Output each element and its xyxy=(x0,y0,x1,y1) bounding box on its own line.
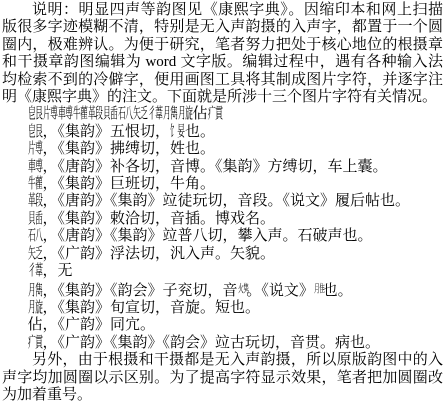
picture-character: 疒貫 xyxy=(28,335,43,352)
entry-list: 皀艮，《集韵》五恨切，饣妟也。片尃，《集韵》拂缚切，姓也。車尃，《唐韵》补各切，… xyxy=(2,124,443,352)
picture-character: 月旋 xyxy=(28,300,43,317)
document-page: 说明：明显四声等韵图见《康熙字典》。因缩印本和网上扫描版很多字迹模糊不清，特别是… xyxy=(0,0,445,404)
entry-line: 貝臿，《集韵》敕洽切，音插。博戏名。 xyxy=(2,211,443,228)
picture-character: 月雋 xyxy=(163,106,178,123)
picture-character: 牛雚 xyxy=(73,106,88,123)
entry-text: ，《集韵》敕洽切，音插。博戏名。 xyxy=(43,211,276,227)
picture-character: 月雋 xyxy=(28,283,43,300)
entry-text: ，《集韵》五恨切， xyxy=(43,124,171,140)
picture-character: 貝臿 xyxy=(28,211,43,228)
entry-text: 。《说文》 xyxy=(246,283,314,299)
entry-text: ，《集韵》旬宣切，音旋。短也。 xyxy=(43,300,261,316)
picture-character: 彳葦 xyxy=(28,263,43,280)
entry-line: 石八，《唐韵》《集韵》竝普八切，攀入声。石破声也。 xyxy=(2,228,443,245)
entry-line: 皀艮，《集韵》五恨切，饣妟也。 xyxy=(2,124,443,141)
picture-character: 月隹 xyxy=(314,281,323,298)
entry-text: ，《集韵》巨班切，牛角。 xyxy=(43,176,216,192)
picture-character: 片尃 xyxy=(28,141,43,158)
picture-character: 饣妟 xyxy=(170,124,185,141)
picture-character: 牛雚 xyxy=(28,176,43,193)
entry-text: 也。 xyxy=(323,283,353,299)
picture-character: 車尃 xyxy=(58,106,73,123)
entry-line: 牛雚，《集韵》巨班切，牛角。 xyxy=(2,176,443,193)
entry-text: ，无 xyxy=(43,263,73,279)
entry-line: 車尃，《唐韵》补各切，音博。《集韵》方缚切，车上囊。 xyxy=(2,159,443,176)
entry-text: ，《唐韵》补各切，音博。《集韵》方缚切，车上囊。 xyxy=(43,159,388,175)
entry-line: 月雋，《集韵》《韵会》子兖切，音火隽。《说文》月隹也。 xyxy=(2,281,443,300)
entry-line: 矢乏，《广韵》浮法切，汎入声。矢貌。 xyxy=(2,246,443,263)
intro-paragraph: 说明：明显四声等韵图见《康熙字典》。因缩印本和网上扫描版很多字迹模糊不清，特别是… xyxy=(2,2,443,106)
entry-text: ，《唐韵》《集韵》竝徒玩切，音段。《说文》履后帖也。 xyxy=(43,193,411,209)
entry-text: ，《唐韵》《集韵》竝普八切，攀入声。石破声也。 xyxy=(43,228,373,244)
picture-character: 月旋 xyxy=(178,106,193,123)
entry-line: 革段，《唐韵》《集韵》竝徒玩切，音段。《说文》履后帖也。 xyxy=(2,193,443,210)
picture-character: 皀艮 xyxy=(28,124,43,141)
entry-text: ，《集韵》拂缚切，姓也。 xyxy=(43,141,216,157)
picture-character: 革段 xyxy=(28,193,43,210)
entry-line: 彳葦，无 xyxy=(2,263,443,280)
entry-text: ，《广韵》同宂。 xyxy=(43,317,156,333)
entry-line: 月旋，《集韵》旬宣切，音旋。短也。 xyxy=(2,300,443,317)
picture-character: 車尃 xyxy=(28,159,43,176)
picture-character: 石八 xyxy=(118,106,133,123)
picture-character: 石八 xyxy=(28,228,43,245)
entry-text: ，《广韵》《集韵》《韵会》竝古玩切，音贯。病也。 xyxy=(43,335,381,351)
picture-character: 片尃 xyxy=(43,106,58,123)
entry-line: 佔，《广韵》同宂。 xyxy=(2,317,443,334)
entry-line: 片尃，《集韵》拂缚切，姓也。 xyxy=(2,141,443,158)
picture-character: 矢乏 xyxy=(133,106,148,123)
entry-text: ，《广韵》浮法切，汎入声。矢貌。 xyxy=(43,246,276,262)
picture-character: 佔 xyxy=(28,317,43,333)
picture-character: 皀艮 xyxy=(28,106,43,123)
picture-character: 疒貫 xyxy=(208,106,223,123)
picture-character: 革段 xyxy=(88,106,103,123)
entry-text: 也。 xyxy=(185,124,215,140)
picture-character: 矢乏 xyxy=(28,246,43,263)
picture-char-list: 皀艮片尃車尃牛雚革段貝臿石八矢乏彳葦月雋月旋佔疒貫 xyxy=(2,106,443,123)
entry-line: 疒貫，《广韵》《集韵》《韵会》竝古玩切，音贯。病也。 xyxy=(2,335,443,352)
picture-character: 彳葦 xyxy=(148,106,163,123)
entry-text: ，《集韵》《韵会》子兖切，音 xyxy=(43,283,238,299)
outro-paragraph: 另外，由于根摄和干摄都是无入声韵摄，所以原版韵图中的入声字均加圆圈以示区别。为了… xyxy=(2,352,443,404)
picture-character: 貝臿 xyxy=(103,106,118,123)
picture-character: 佔 xyxy=(193,106,208,122)
picture-character: 火隽 xyxy=(238,281,247,298)
